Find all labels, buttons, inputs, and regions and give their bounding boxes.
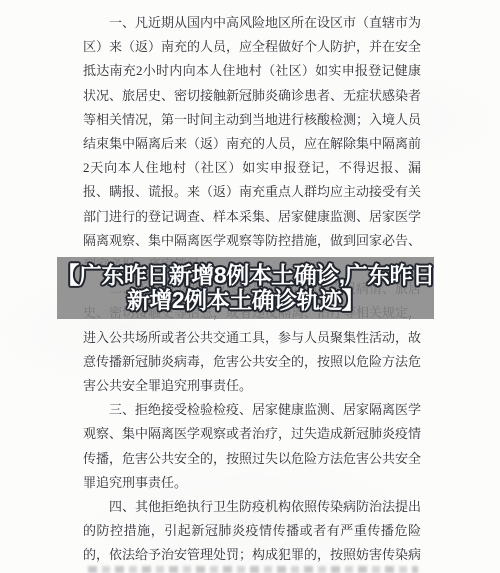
paragraph-4: 四、其他拒绝执行卫生防疫机构依照传染病防治法提出的防控措施，引起新冠肺炎疫情传播… bbox=[83, 495, 421, 568]
cutoff-text-hint bbox=[88, 566, 418, 573]
paragraph-3: 三、拒绝接受检验检疫、居家健康监测、居家隔离医学观察、集中隔离医学观察或者治疗，… bbox=[83, 398, 421, 495]
headline-line-1: 【广东昨日新增8例本土确诊,广东昨日 bbox=[56, 263, 434, 288]
headline-overlay-band: 【广东昨日新增8例本土确诊,广东昨日 新增2例本土确诊轨迹】 bbox=[57, 257, 434, 319]
scanned-document-page: 一、凡近期从国内中高风险地区所在设区市（直辖市为区）来（返）南充的人员，应全程做… bbox=[0, 0, 500, 573]
headline-line-2: 新增2例本土确诊轨迹】 bbox=[127, 288, 364, 313]
paragraph-1: 一、凡近期从国内中高风险地区所在设区市（直辖市为区）来（返）南充的人员，应全程做… bbox=[83, 11, 421, 277]
